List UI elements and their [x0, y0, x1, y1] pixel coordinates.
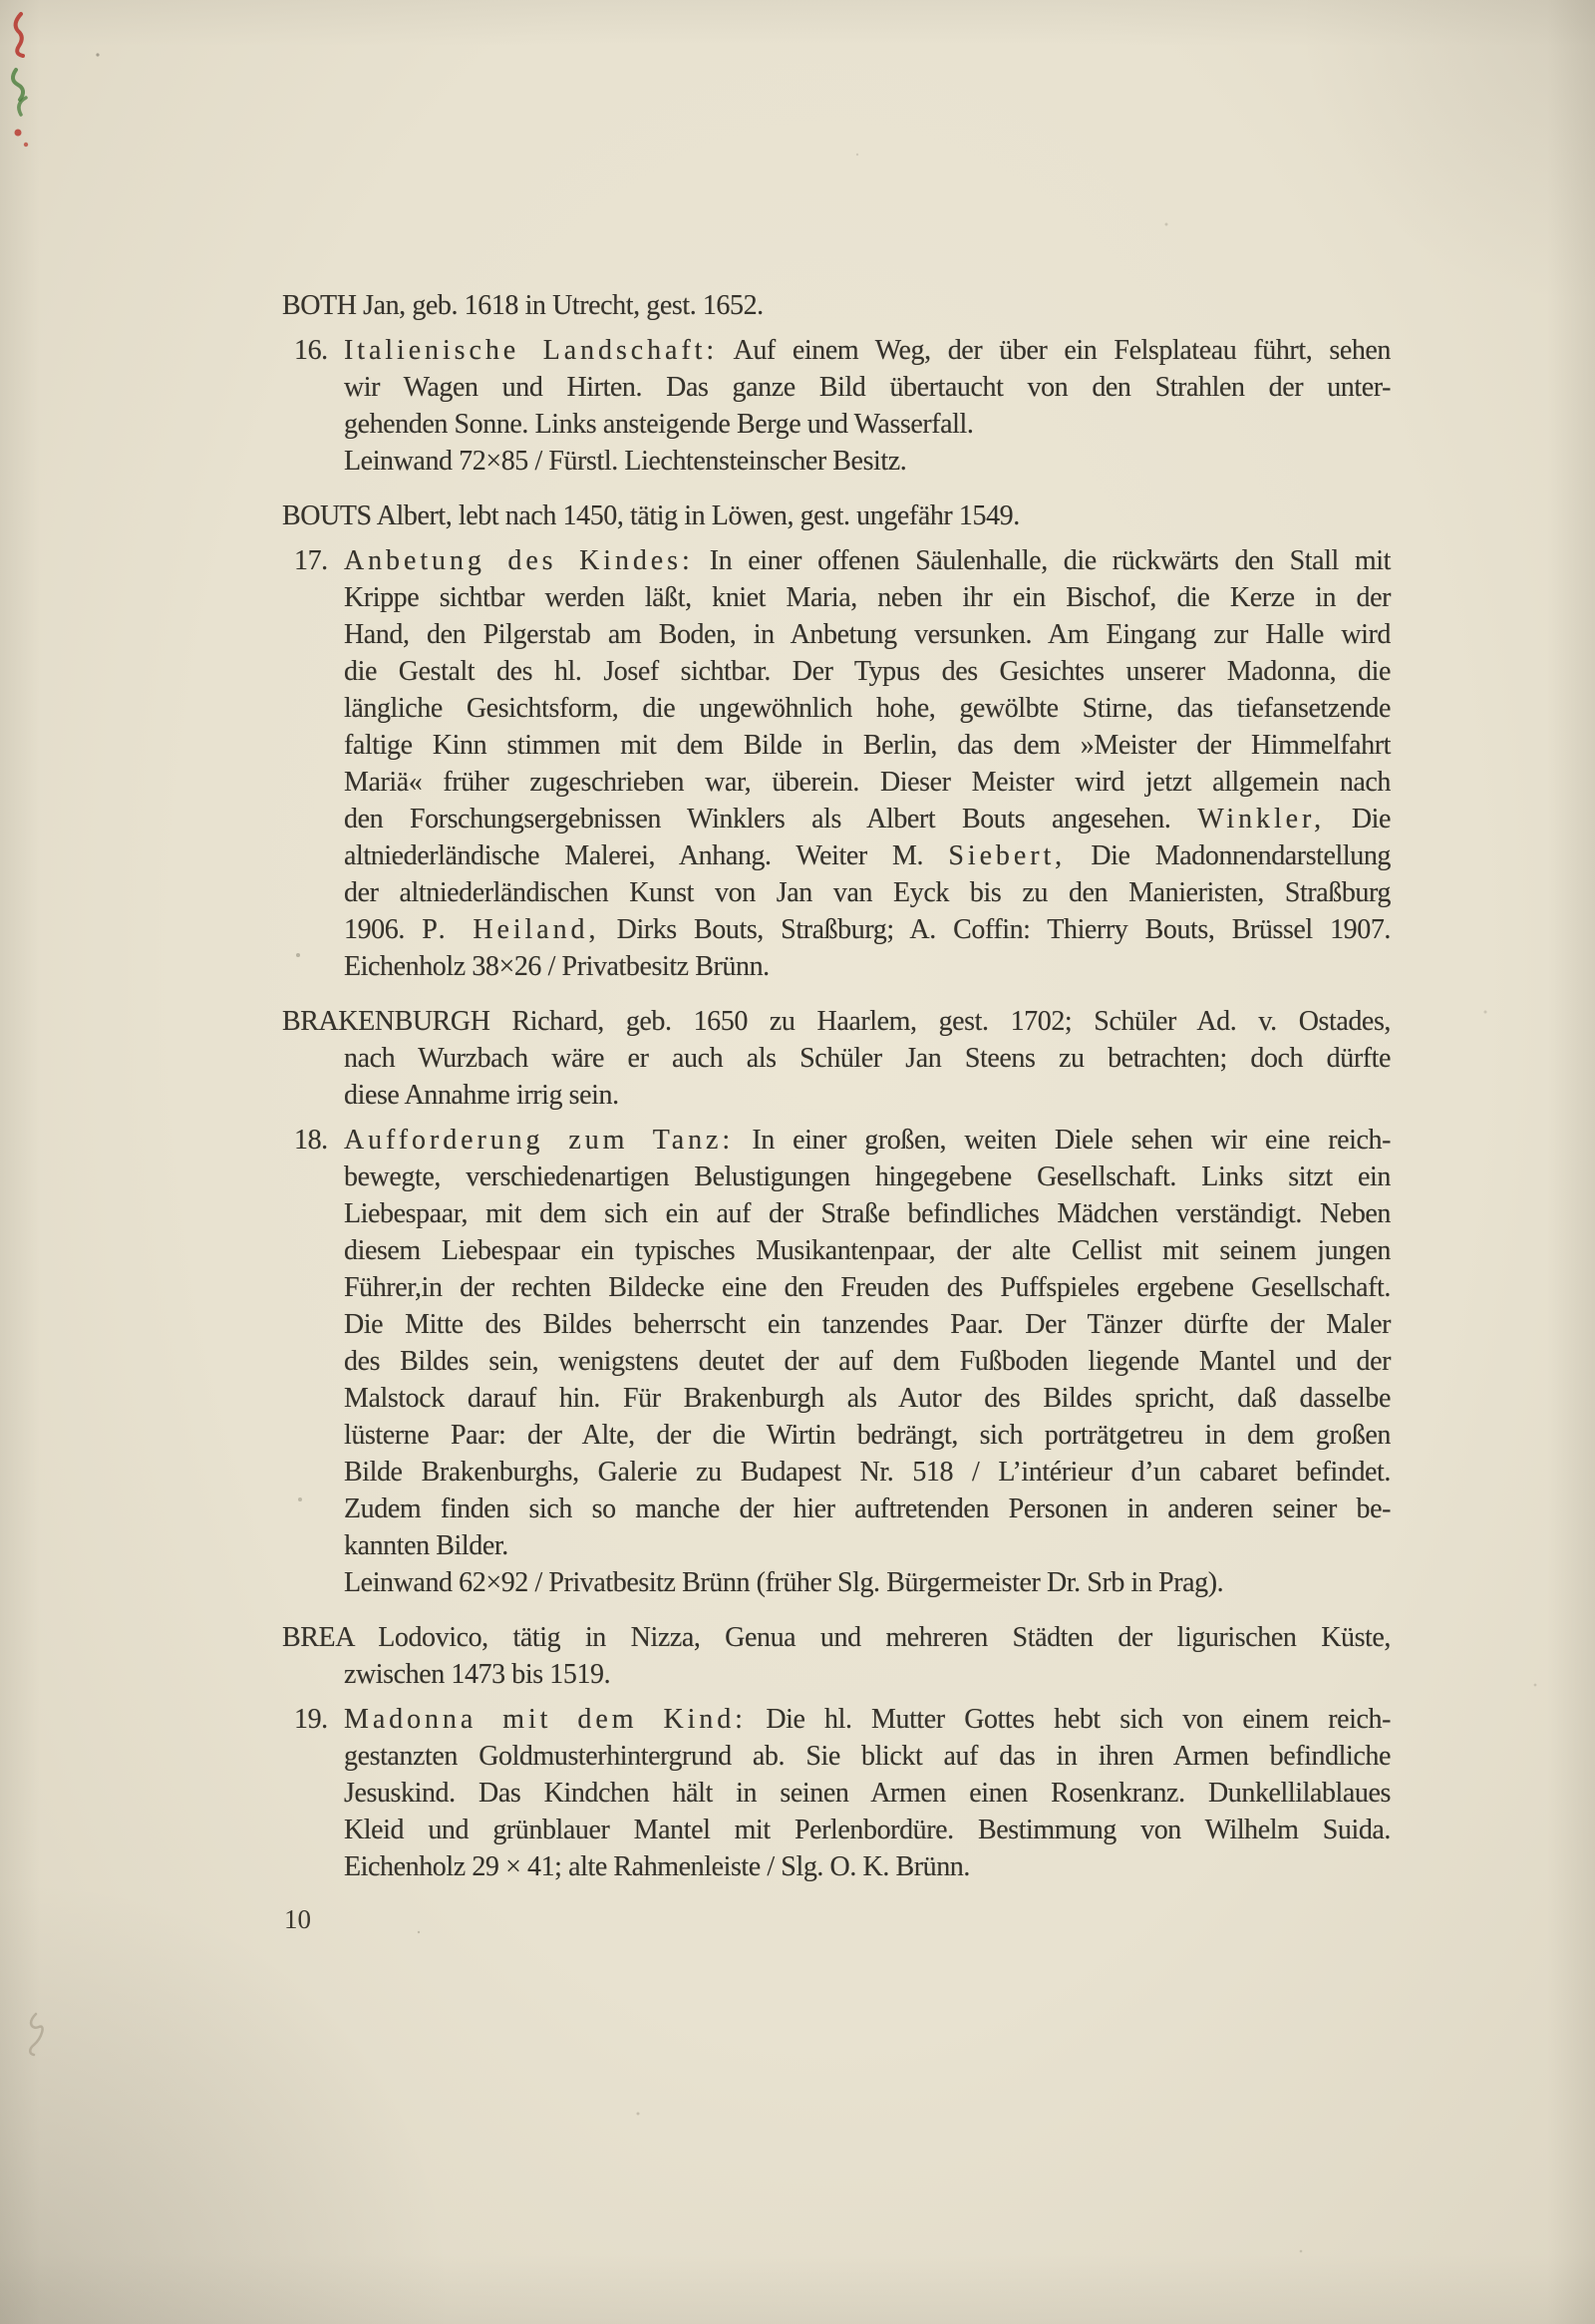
text-segment: In einer offenen Säulenhalle, die rückwä… — [694, 545, 1391, 576]
pencil-mark — [30, 2014, 42, 2055]
artist-entry-bouts: BOUTS Albert, lebt nach 1450, tätig in L… — [282, 498, 1391, 534]
paper-background: BOTH Jan, geb. 1618 in Utrecht, gest. 16… — [0, 0, 1595, 2324]
text-line: Bilde Brakenburghs, Galerie zu Budapest … — [282, 1454, 1391, 1491]
text-segment: diese Annahme irrig sein. — [344, 1080, 619, 1111]
text-segment: In einer großen, weiten Diele sehen wir … — [734, 1125, 1391, 1156]
letterspaced-text: Madonna mit dem Kind: — [344, 1704, 747, 1735]
text-line: Zudem finden sich so manche der hier auf… — [282, 1491, 1391, 1527]
text-segment: altniederländische Malerei, Anhang. Weit… — [344, 840, 948, 871]
text-line: 17.Anbetung des Kindes: In einer offenen… — [282, 542, 1391, 579]
text-line: Eichenholz 38×26 / Privatbesitz Brünn. — [282, 948, 1391, 985]
text-segment: die Gestalt des hl. Josef sichtbar. Der … — [344, 656, 1391, 687]
text-line: BRAKENBURGH Richard, geb. 1650 zu Haarle… — [282, 1003, 1391, 1040]
text-segment: Zudem finden sich so manche der hier auf… — [344, 1494, 1391, 1524]
letterspaced-text: Aufforderung zum Tanz: — [344, 1125, 734, 1156]
text-line: der altniederländischen Kunst von Jan va… — [282, 874, 1391, 911]
text-line: Leinwand 62×92 / Privatbesitz Brünn (frü… — [282, 1564, 1391, 1601]
text-line: diesem Liebespaar ein typisches Musikant… — [282, 1232, 1391, 1269]
text-segment: Malstock darauf hin. Für Brakenburgh als… — [344, 1383, 1391, 1414]
text-line: wir Wagen und Hirten. Das ganze Bild übe… — [282, 369, 1391, 406]
letterspaced-text: Italienische Landschaft: — [344, 335, 718, 366]
corner-red-speck — [24, 143, 28, 147]
text-line: gestanzten Goldmusterhintergrund ab. Sie… — [282, 1738, 1391, 1775]
text-line: Krippe sichtbar werden läßt, kniet Maria… — [282, 579, 1391, 616]
text-segment: zwischen 1473 bis 1519. — [344, 1659, 610, 1690]
text-segment: Eichenholz 38×26 / Privatbesitz Brünn. — [344, 951, 770, 982]
text-line: Jesuskind. Das Kindchen hält in seinen A… — [282, 1775, 1391, 1812]
text-line: des Bildes sein, wenigstens deutet der a… — [282, 1343, 1391, 1380]
text-segment: Auf einem Weg, der über ein Felsplateau … — [718, 335, 1391, 366]
text-line: BOTH Jan, geb. 1618 in Utrecht, gest. 16… — [282, 287, 1391, 324]
text-line: BOUTS Albert, lebt nach 1450, tätig in L… — [282, 498, 1391, 534]
text-segment: Die Mitte des Bildes beherrscht ein tanz… — [344, 1309, 1391, 1340]
text-line: Die Mitte des Bildes beherrscht ein tanz… — [282, 1306, 1391, 1343]
text-segment: der altniederländischen Kunst von Jan va… — [344, 877, 1391, 908]
work-entry-16: 16.Italienische Landschaft: Auf einem We… — [282, 332, 1391, 480]
text-segment: lüsterne Paar: der Alte, der die Wirtin … — [344, 1420, 1391, 1451]
text-segment: Die hl. Mutter Gottes hebt sich von eine… — [747, 1704, 1391, 1735]
text-segment: Krippe sichtbar werden läßt, kniet Maria… — [344, 582, 1391, 613]
text-line: 16.Italienische Landschaft: Auf einem We… — [282, 332, 1391, 369]
text-segment: gestanzten Goldmusterhintergrund ab. Sie… — [344, 1741, 1391, 1772]
work-entry-17: 17.Anbetung des Kindes: In einer offenen… — [282, 542, 1391, 985]
entry-number: 16. — [294, 332, 344, 369]
page-number: 10 — [284, 1904, 311, 1935]
text-segment: Die Madonnendarstellung — [1066, 840, 1391, 871]
entry-number: 17. — [294, 542, 344, 579]
work-entry-18: 18.Aufforderung zum Tanz: In einer große… — [282, 1122, 1391, 1601]
text-line: 19.Madonna mit dem Kind: Die hl. Mutter … — [282, 1701, 1391, 1738]
text-segment: den Forschungsergebnissen Winklers als A… — [344, 804, 1197, 834]
artist-entry-both: BOTH Jan, geb. 1618 in Utrecht, gest. 16… — [282, 287, 1391, 324]
text-line: zwischen 1473 bis 1519. — [282, 1656, 1391, 1693]
text-segment: faltige Kinn stimmen mit dem Bilde in Be… — [344, 730, 1391, 761]
text-segment: gehenden Sonne. Links ansteigende Berge … — [344, 409, 973, 440]
catalog-text-block: BOTH Jan, geb. 1618 in Utrecht, gest. 16… — [282, 287, 1391, 1885]
text-segment: wir Wagen und Hirten. Das ganze Bild übe… — [344, 372, 1391, 403]
text-line: Eichenholz 29 × 41; alte Rahmenleiste / … — [282, 1848, 1391, 1885]
text-segment: BOUTS Albert, lebt nach 1450, tätig in L… — [282, 500, 1020, 531]
letterspaced-text: Siebert, — [948, 840, 1066, 871]
entry-number: 19. — [294, 1701, 344, 1738]
text-segment: Führer,in der rechten Bildecke eine den … — [344, 1272, 1391, 1303]
text-line: Mariä« früher zugeschrieben war, überein… — [282, 764, 1391, 801]
text-line: längliche Gesichtsform, die ungewöhnlich… — [282, 690, 1391, 727]
text-line: gehenden Sonne. Links ansteigende Berge … — [282, 406, 1391, 443]
text-line: den Forschungsergebnissen Winklers als A… — [282, 801, 1391, 837]
text-segment: Jesuskind. Das Kindchen hält in seinen A… — [344, 1778, 1391, 1809]
entry-number: 18. — [294, 1122, 344, 1159]
text-segment: Mariä« früher zugeschrieben war, überein… — [344, 767, 1391, 798]
text-segment: Die — [1325, 804, 1391, 834]
text-line: Liebespaar, mit dem sich ein auf der Str… — [282, 1195, 1391, 1232]
letterspaced-text: Winkler, — [1197, 804, 1325, 834]
corner-green-mark — [13, 70, 26, 115]
letterspaced-text: Anbetung des Kindes: — [344, 545, 694, 576]
text-segment: Liebespaar, mit dem sich ein auf der Str… — [344, 1198, 1391, 1229]
text-line: Malstock darauf hin. Für Brakenburgh als… — [282, 1380, 1391, 1417]
text-segment: Kleid und grünblauer Mantel mit Perlenbo… — [344, 1815, 1391, 1845]
artist-entry-brea: BREA Lodovico, tätig in Nizza, Genua und… — [282, 1619, 1391, 1693]
text-line: faltige Kinn stimmen mit dem Bilde in Be… — [282, 727, 1391, 764]
letterspaced-text: P. Heiland, — [422, 914, 599, 945]
work-entry-19: 19.Madonna mit dem Kind: Die hl. Mutter … — [282, 1701, 1391, 1885]
artist-entry-brakenburgh: BRAKENBURGH Richard, geb. 1650 zu Haarle… — [282, 1003, 1391, 1114]
text-line: Hand, den Pilgerstab am Boden, in Anbetu… — [282, 616, 1391, 653]
text-segment: BRAKENBURGH Richard, geb. 1650 zu Haarle… — [282, 1006, 1391, 1037]
text-line: die Gestalt des hl. Josef sichtbar. Der … — [282, 653, 1391, 690]
text-segment: Leinwand 62×92 / Privatbesitz Brünn (frü… — [344, 1567, 1223, 1598]
text-segment: 1906. — [344, 914, 422, 945]
text-segment: kannten Bilder. — [344, 1530, 508, 1561]
corner-red-mark — [15, 14, 29, 147]
text-segment: Eichenholz 29 × 41; alte Rahmenleiste / … — [344, 1851, 970, 1882]
text-segment: BREA Lodovico, tätig in Nizza, Genua und… — [282, 1622, 1391, 1653]
text-segment: Bilde Brakenburghs, Galerie zu Budapest … — [344, 1457, 1391, 1488]
text-segment: nach Wurzbach wäre er auch als Schüler J… — [344, 1043, 1391, 1074]
text-segment: längliche Gesichtsform, die ungewöhnlich… — [344, 693, 1391, 724]
text-segment: diesem Liebespaar ein typisches Musikant… — [344, 1235, 1391, 1266]
text-line: lüsterne Paar: der Alte, der die Wirtin … — [282, 1417, 1391, 1454]
text-line: Leinwand 72×85 / Fürstl. Liechtensteinsc… — [282, 443, 1391, 480]
text-segment: Dirks Bouts, Straßburg; A. Coffin: Thier… — [599, 914, 1391, 945]
text-line: kannten Bilder. — [282, 1527, 1391, 1564]
text-segment: des Bildes sein, wenigstens deutet der a… — [344, 1346, 1391, 1377]
text-segment: BOTH Jan, geb. 1618 in Utrecht, gest. 16… — [282, 290, 764, 321]
text-segment: bewegte, verschiedenartigen Belustigunge… — [344, 1162, 1391, 1192]
scanned-catalog-page: { "page": { "paper_color": "#e8e2d0", "i… — [0, 0, 1595, 2324]
text-line: altniederländische Malerei, Anhang. Weit… — [282, 837, 1391, 874]
text-line: BREA Lodovico, tätig in Nizza, Genua und… — [282, 1619, 1391, 1656]
text-line: Kleid und grünblauer Mantel mit Perlenbo… — [282, 1812, 1391, 1848]
text-line: bewegte, verschiedenartigen Belustigunge… — [282, 1159, 1391, 1195]
text-segment: Hand, den Pilgerstab am Boden, in Anbetu… — [344, 619, 1391, 650]
text-line: diese Annahme irrig sein. — [282, 1077, 1391, 1114]
text-line: Führer,in der rechten Bildecke eine den … — [282, 1269, 1391, 1306]
corner-red-speck — [15, 130, 22, 137]
text-line: nach Wurzbach wäre er auch als Schüler J… — [282, 1040, 1391, 1077]
text-line: 1906. P. Heiland, Dirks Bouts, Straßburg… — [282, 911, 1391, 948]
text-segment: Leinwand 72×85 / Fürstl. Liechtensteinsc… — [344, 446, 906, 477]
text-line: 18.Aufforderung zum Tanz: In einer große… — [282, 1122, 1391, 1159]
